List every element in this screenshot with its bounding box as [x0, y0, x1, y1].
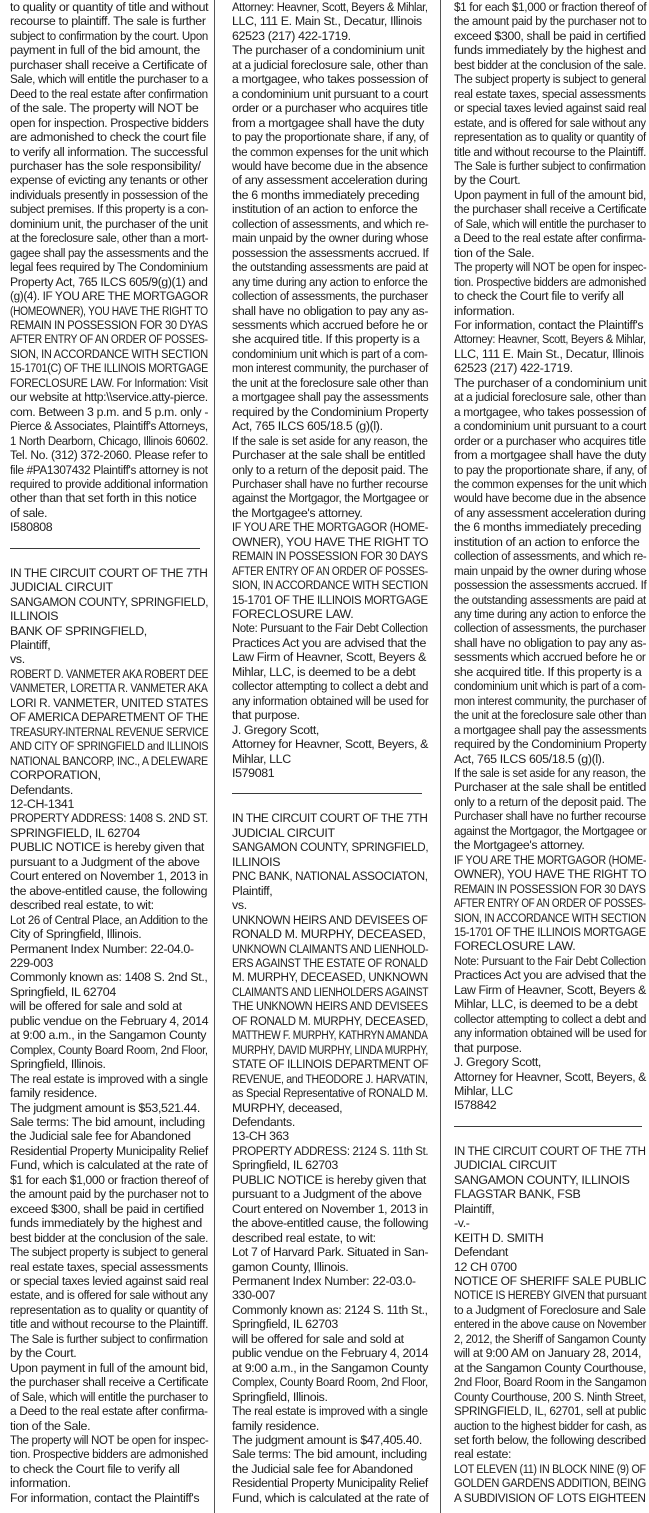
notice-text-line: collection of assessments, and which re-: [454, 549, 631, 563]
notice-text-line: any time during any action to enforce th…: [232, 275, 415, 289]
notice-text-line: collection of assessments, the purchaser: [454, 621, 630, 635]
notice-text-line: JUDICIAL CIRCUIT: [232, 826, 428, 840]
notice-text-line: funds immediately by the highest and: [454, 43, 646, 57]
notice-text-line: LOT ELEVEN (11) IN BLOCK NINE (9) OF: [454, 1462, 620, 1476]
notice-text-line: MURPHY, DAVID MURPHY, LINDA MURPHY,: [232, 1043, 391, 1057]
notice-text-line: by the Court.: [10, 1346, 208, 1360]
notice-text-line: tion of the Sale.: [10, 1419, 208, 1433]
notice-text-line: Complex, County Board Room, 2nd Floor,: [232, 1375, 409, 1389]
notice-text-line: only to a return of the deposit paid. Th…: [454, 795, 637, 809]
notice-text-line: GOLDEN GARDENS ADDITION, BEING: [454, 1476, 626, 1490]
notice-text-line: Mihlar, LLC, is deemed to be a debt: [232, 665, 428, 679]
notice-text-line: gamon County, Illinois.: [232, 1260, 428, 1274]
notice-text-line: The property will NOT be open for inspec…: [454, 260, 625, 274]
notice-text-line: IN THE CIRCUIT COURT OF THE 7TH: [232, 811, 418, 825]
legal-notice: IN THE CIRCUIT COURT OF THE 7THJUDICIAL …: [10, 566, 208, 1505]
notice-text-line: NOTICE IS HEREBY GIVEN that pursuant: [454, 1288, 621, 1302]
notice-text-line: the above-entitled cause, the following: [10, 884, 208, 898]
notice-text-line: Plaintiff,: [10, 638, 208, 652]
notice-text-line: to pay the proportionate share, if any, …: [454, 463, 636, 477]
notice-text-line: County Courthouse, 200 S. Ninth Street,: [454, 1390, 631, 1404]
notice-text-line: at 9:00 a.m., in the Sangamon County: [10, 1028, 208, 1042]
notice-text-line: 229-003: [10, 956, 208, 970]
notice-text-line: Residential Property Municipality Relief: [232, 1476, 423, 1490]
notice-text-line: of Sale, which will entitle the purchase…: [10, 1390, 195, 1404]
notice-text-line: PUBLIC NOTICE is hereby given that: [10, 840, 208, 854]
notice-text-line: possession the assessments accrued. If: [232, 246, 418, 260]
notice-text-line: SION, IN ACCORDANCE WITH SECTION: [454, 911, 619, 925]
notice-text-line: JUDICIAL CIRCUIT: [454, 1158, 646, 1172]
legal-notice-continuation: to quality or quantity of title and with…: [10, 0, 208, 535]
notice-text-line: the outstanding assessments are paid at: [232, 260, 416, 274]
notice-text-line: I578842: [454, 1098, 646, 1112]
notice-text-line: AFTER ENTRY OF AN ORDER OF POSSES-: [232, 564, 391, 578]
notice-text-line: the purchaser shall receive a Certificat…: [454, 202, 636, 216]
notice-text-line: to check the Court file to verify all: [10, 1462, 208, 1476]
notice-text-line: subject premises. If this property is a …: [10, 202, 194, 216]
notice-text-line: family residence.: [232, 1419, 428, 1433]
notice-text-line: Lot 7 of Harvard Park. Situated in San-: [232, 1245, 425, 1259]
notice-text-line: AFTER ENTRY OF AN ORDER OF POSSES-: [10, 332, 172, 346]
notice-text-line: best bidder at the conclusion of the sal…: [10, 1231, 199, 1245]
notice-text-line: from a mortgagee shall have the duty: [232, 116, 428, 130]
notice-text-line: to a Judgment of Foreclosure and Sale: [454, 1303, 637, 1317]
notice-text-line: OF AMERICA DEPARETMENT OF THE: [10, 710, 197, 724]
notice-text-line: set forth below, the following described: [454, 1433, 639, 1447]
notice-text-line: the common expenses for the unit which: [454, 477, 631, 491]
notice-text-line: public vendue on the February 4, 2014: [10, 1014, 207, 1028]
notice-text-line: Plaintiff,: [454, 1202, 646, 1216]
notice-text-line: exceed $300, shall be paid in certified: [10, 1202, 208, 1216]
notice-text-line: recourse to plaintiff. The sale is furth…: [10, 14, 208, 28]
notice-text-line: The Sale is further subject to confirmat…: [10, 1332, 193, 1346]
notice-text-line: Act, 765 ILCS 605/18.5 (g)(l).: [232, 419, 428, 433]
notice-text-line: of any assessment acceleration during: [232, 173, 425, 187]
notice-text-line: -v.-: [454, 1216, 646, 1230]
notice-text-line: file #PA1307432 Plaintiff's attorney is …: [10, 463, 198, 477]
notice-text-line: Practices Act you are advised that the: [232, 636, 428, 650]
notice-text-line: by the Court.: [454, 173, 646, 187]
notice-text-line: estate, and is offered for sale without …: [10, 1288, 196, 1302]
notice-text-line: 62523 (217) 422-1719.: [454, 361, 646, 375]
notice-text-line: STATE OF ILLINOIS DEPARTMENT OF: [232, 1057, 415, 1071]
notice-text-line: Purchaser at the sale shall be entitled: [454, 780, 645, 794]
notice-text-line: that purpose.: [454, 1041, 646, 1055]
notice-text-line: The purchaser of a condominium unit: [454, 376, 646, 390]
notice-text-line: Springfield, IL 62703: [232, 1158, 428, 1172]
notice-text-line: any information obtained will be used fo…: [232, 694, 418, 708]
notice-text-line: The purchaser of a condominium unit: [232, 43, 428, 57]
notice-text-line: Attorney: Heavner, Scott, Beyers & Mihla…: [232, 0, 409, 14]
legal-notice-continuation: Attorney: Heavner, Scott, Beyers & Mihla…: [232, 0, 428, 780]
notice-text-line: required by the Condominium Property: [454, 737, 638, 751]
notice-text-line: J. Gregory Scott,: [454, 1055, 646, 1069]
notice-text-line: condominium unit which is part of a com-: [454, 679, 629, 693]
notice-text-line: of any assessment acceleration during: [454, 506, 639, 520]
notice-text-line: The real estate is improved with a singl…: [232, 1404, 418, 1418]
notice-text-line: Law Firm of Heavner, Scott, Beyers &: [454, 983, 644, 997]
notice-text-line: Attorney: Heavner, Scott, Beyers & Mihla…: [454, 332, 624, 346]
notice-text-line: a mortgagee shall pay the assessments: [232, 390, 419, 404]
notice-text-line: sessments which accrued before he or: [454, 650, 638, 664]
column-divider: [440, 0, 441, 1513]
notice-text-line: For information, contact the Plaintiff's: [10, 1491, 208, 1505]
notice-text-line: REVENUE, and THEODORE J. HARVATIN,: [232, 1072, 399, 1086]
notice-text-line: would have become due in the absence: [454, 491, 633, 505]
notice-text-line: family residence.: [10, 1086, 208, 1100]
notice-text-line: purchaser has the sole responsibility/: [10, 159, 208, 173]
notice-text-line: condominium unit which is part of a com-: [232, 347, 414, 361]
notice-text-line: SANGAMON COUNTY, ILLINOIS: [454, 1173, 646, 1187]
notice-text-line: representation as to quality or quantity…: [10, 1303, 198, 1317]
notice-text-line: Mihlar, LLC: [232, 752, 428, 766]
notice-text-line: of sale.: [10, 506, 208, 520]
notice-text-line: pursuant to a Judgment of the above: [10, 855, 208, 869]
notice-text-line: REMAIN IN POSSESSION FOR 30 DAYS: [454, 882, 621, 896]
notice-text-line: at a judicial foreclosure sale, other th…: [454, 390, 637, 404]
notice-text-line: individuals presently in possession of t…: [10, 188, 197, 202]
notice-text-line: at a judicial foreclosure sale, other th…: [232, 58, 423, 72]
notice-text-line: mon interest community, the purchaser of: [232, 361, 412, 375]
notice-text-line: The property will NOT be open for inspec…: [10, 1433, 192, 1447]
notice-text-line: 13-CH 363: [232, 1129, 428, 1143]
notice-text-line: Court entered on November 1, 2013 in: [232, 1202, 425, 1216]
notice-text-line: described real estate, to wit:: [10, 898, 208, 912]
notice-text-line: the Judicial sale fee for Abandoned: [232, 1462, 428, 1476]
notice-text-line: main unpaid by the owner during whose: [454, 564, 633, 578]
notice-text-line: Defendants.: [10, 783, 208, 797]
notice-text-line: gagee shall pay the assessments and the: [10, 246, 193, 260]
notice-text-line: Springfield, IL 62704: [10, 985, 208, 999]
notice-text-line: M. MURPHY, DECEASED, UNKNOWN: [232, 970, 418, 984]
notice-text-line: the amount paid by the purchaser not to: [10, 1187, 201, 1201]
notice-text-line: the above-entitled cause, the following: [232, 1216, 427, 1230]
notice-text-line: Law Firm of Heavner, Scott, Beyers &: [232, 650, 428, 664]
notice-text-line: The Sale is further subject to confirmat…: [454, 159, 626, 173]
notice-text-line: 15-1701 OF THE ILLINOIS MORTGAGE: [232, 593, 412, 607]
notice-text-line: as Special Representative of RONALD M.: [232, 1086, 409, 1100]
notice-text-line: Upon payment in full of the amount bid,: [454, 188, 636, 202]
notice-text-line: our website at http:\\service.atty-pierc…: [10, 390, 205, 404]
notice-text-line: the Mortgagee's attorney.: [454, 838, 646, 852]
notice-text-line: Springfield, Illinois.: [232, 1390, 428, 1404]
notice-text-line: public vendue on the February 4, 2014: [232, 1346, 425, 1360]
notice-text-line: UNKNOWN HEIRS AND DEVISEES OF: [232, 913, 413, 927]
notice-text-line: If the sale is set aside for any reason,…: [232, 434, 414, 448]
notice-text-line: Permanent Index Number: 22-03.0-: [232, 1274, 428, 1288]
notice-text-line: Pierce & Associates, Plaintiff's Attorne…: [10, 419, 198, 433]
notice-text-line: OWNER), YOU HAVE THE RIGHT TO: [454, 867, 637, 881]
notice-text-line: or special taxes levied against said rea…: [454, 101, 637, 115]
notice-text-line: I580808: [10, 520, 208, 534]
notice-text-line: pursuant to a Judgment of the above: [232, 1187, 428, 1201]
notice-text-line: described real estate, to wit:: [232, 1231, 428, 1245]
notice-text-line: CORPORATION,: [10, 768, 208, 782]
notice-text-line: subject to confirmation by the court. Up…: [10, 29, 193, 43]
notice-text-line: ROBERT D. VANMETER AKA ROBERT DEE: [10, 667, 175, 681]
notice-text-line: entered in the above cause on November: [454, 1317, 626, 1331]
notice-text-line: Purchaser shall have no further recourse: [232, 477, 415, 491]
notice-text-line: a Deed to the real estate after confirma…: [10, 1404, 201, 1418]
notice-text-line: collector attempting to collect a debt a…: [232, 679, 418, 693]
notice-text-line: SANGAMON COUNTY, SPRINGFIELD,: [10, 595, 198, 609]
notice-text-line: dominium unit, the purchaser of the unit: [10, 217, 202, 231]
notice-text-line: SION, IN ACCORDANCE WITH SECTION: [10, 347, 186, 361]
notice-text-line: OF RONALD M. MURPHY, DECEASED,: [232, 1014, 412, 1028]
notice-text-line: purchaser shall receive a Certificate of: [10, 58, 208, 72]
notice-text-line: collection of assessments, the purchaser: [232, 289, 415, 303]
notice-text-line: main unpaid by the owner during whose: [232, 231, 418, 245]
notice-text-line: the amount paid by the purchaser not to: [454, 14, 634, 28]
notice-text-line: VANMETER, LORETTA R. VANMETER AKA: [10, 681, 178, 695]
notice-text-line: the Judicial sale fee for Abandoned: [10, 1129, 208, 1143]
notice-text-line: Purchaser shall have no further recourse: [454, 809, 630, 823]
notice-text-line: Upon payment in full of the amount bid,: [10, 1361, 204, 1375]
notice-text-line: a mortgagee shall pay the assessments: [454, 723, 634, 737]
notice-text-line: vs.: [232, 898, 428, 912]
notice-text-line: the unit at the foreclosure sale other t…: [454, 708, 630, 722]
notice-text-line: com. Between 3 p.m. and 5 p.m. only -: [10, 405, 207, 419]
notice-text-line: other than that set forth in this notice: [10, 491, 208, 505]
notice-text-line: Practices Act you are advised that the: [454, 968, 644, 982]
notice-text-line: auction to the highest bidder for cash, …: [454, 1419, 631, 1433]
notice-text-line: RONALD M. MURPHY, DECEASED,: [232, 927, 428, 941]
notice-text-line: at the Sangamon County Courthouse,: [454, 1361, 642, 1375]
notice-text-line: would have become due in the absence: [232, 159, 418, 173]
notice-text-line: Purchaser at the sale shall be entitled: [232, 448, 428, 462]
notice-text-line: 12 CH 0700: [454, 1260, 646, 1274]
notice-text-line: the purchaser shall receive a Certificat…: [10, 1375, 203, 1389]
notice-text-line: exceed $300, shall be paid in certified: [454, 29, 644, 43]
notice-text-line: order or a purchaser who acquires title: [232, 101, 426, 115]
notice-text-line: title and without recourse to the Plaint…: [454, 145, 635, 159]
notice-text-line: shall have no obligation to pay any as-: [232, 304, 427, 318]
notice-text-line: MURPHY, deceased,: [232, 1101, 428, 1115]
notice-text-line: (HOMEOWNER), YOU HAVE THE RIGHT TO: [10, 304, 173, 318]
notice-text-line: open for inspection. Prospective bidders: [10, 116, 200, 130]
notice-text-line: Permanent Index Number: 22-04.0-: [10, 942, 208, 956]
notice-text-line: PROPERTY ADDRESS: 1408 S. 2ND ST.: [10, 811, 190, 825]
notice-text-line: tion. Prospective bidders are admonished: [454, 275, 626, 289]
notice-text-line: the Mortgagee's attorney.: [232, 506, 428, 520]
notice-text-line: For information, contact the Plaintiff's: [454, 318, 646, 332]
legal-notices-page: to quality or quantity of title and with…: [0, 0, 649, 1513]
notice-text-line: shall have no obligation to pay any as-: [454, 636, 641, 650]
notice-text-line: estate, and is offered for sale without …: [454, 116, 629, 130]
notice-text-line: NOTICE OF SHERIFF SALE PUBLIC: [454, 1274, 641, 1288]
notice-text-line: LLC, 111 E. Main St., Decatur, Illinois: [232, 14, 428, 28]
notice-text-line: REMAIN IN POSSESSION FOR 30 DYAS: [10, 318, 187, 332]
notice-text-line: Property Act, 765 ILCS 605/9(g)(1) and: [10, 275, 204, 289]
notice-text-line: Deed to the real estate after confirmati…: [10, 87, 197, 101]
notice-text-line: Act, 765 ILCS 605/18.5 (g)(l).: [454, 752, 646, 766]
notice-separator-rule: [10, 548, 200, 549]
notice-text-line: of Sale, which will entitle the purchase…: [454, 217, 628, 231]
notice-text-line: TREASURY-INTERNAL REVENUE SERVICE: [10, 725, 173, 739]
notice-text-line: information.: [10, 1476, 208, 1490]
notice-text-line: BANK OF SPRINGFIELD,: [10, 624, 208, 638]
notice-text-line: information.: [454, 304, 646, 318]
notice-text-line: best bidder at the conclusion of the sal…: [454, 58, 632, 72]
column-3: $1 for each $1,000 or fraction thereof o…: [454, 0, 646, 1513]
notice-separator-rule: [232, 793, 422, 794]
notice-text-line: SPRINGFIELD, IL 62704: [10, 826, 208, 840]
notice-text-line: I579081: [232, 766, 428, 780]
notice-text-line: If the sale is set aside for any reason,…: [454, 766, 629, 780]
notice-text-line: THE UNKNOWN HEIRS AND DEVISEES: [232, 999, 407, 1013]
notice-text-line: SANGAMON COUNTY, SPRINGFIELD,: [232, 840, 416, 854]
notice-separator-rule: [454, 1126, 642, 1127]
notice-text-line: UNKNOWN CLAIMANTS AND LIENHOLD-: [232, 942, 401, 956]
notice-text-line: a condominium unit pursuant to a court: [232, 87, 423, 101]
notice-text-line: the 6 months immediately preceding: [454, 520, 646, 534]
notice-text-line: IF YOU ARE THE MORTGAGOR (HOME-: [232, 520, 406, 534]
notice-text-line: of the sale. The property will NOT be: [10, 101, 208, 115]
legal-notice-continuation: $1 for each $1,000 or fraction thereof o…: [454, 0, 646, 1113]
notice-text-line: sessments which accrued before he or: [232, 318, 424, 332]
notice-text-line: CLAIMANTS AND LIENHOLDERS AGAINST: [232, 985, 395, 999]
notice-text-line: at 9:00 a.m., in the Sangamon County: [232, 1361, 428, 1375]
legal-notice: IN THE CIRCUIT COURT OF THE 7THJUDICIAL …: [454, 1144, 646, 1505]
notice-text-line: to pay the proportionate share, if any, …: [232, 130, 421, 144]
notice-text-line: 12-CH-1341: [10, 797, 208, 811]
notice-text-line: that purpose.: [232, 708, 428, 722]
notice-text-line: required to provide additional informati…: [10, 477, 197, 491]
notice-text-line: collector attempting to collect a debt a…: [454, 1012, 632, 1026]
notice-text-line: ERS AGAINST THE ESTATE OF RONALD: [232, 956, 403, 970]
notice-text-line: Commonly known as: 2124 S. 11th St.,: [232, 1303, 423, 1317]
notice-text-line: or special taxes levied against said rea…: [10, 1274, 205, 1288]
column-1: to quality or quantity of title and with…: [10, 0, 208, 1513]
notice-text-line: Plaintiff,: [232, 884, 428, 898]
notice-text-line: MATTHEW F. MURPHY, KATHRYN AMANDA: [232, 1028, 392, 1042]
notice-text-line: OWNER), YOU HAVE THE RIGHT TO: [232, 535, 423, 549]
notice-text-line: Defendant: [454, 1245, 646, 1259]
notice-text-line: real estate:: [454, 1447, 646, 1461]
notice-text-line: NATIONAL BANCORP, INC., A DELEWARE: [10, 754, 180, 768]
notice-text-line: 15-1701(C) OF THE ILLINOIS MORTGAGE: [10, 361, 181, 375]
notice-text-line: JUDICIAL CIRCUIT: [10, 580, 208, 594]
notice-text-line: Note: Pursuant to the Fair Debt Collecti…: [454, 954, 625, 968]
notice-text-line: Lot 26 of Central Place, an Addition to …: [10, 913, 193, 927]
notice-text-line: LORI R. VANMETER, UNITED STATES: [10, 696, 198, 710]
notice-text-line: The subject property is subject to gener…: [10, 1245, 195, 1259]
notice-text-line: a mortgagee, who takes possession of: [454, 405, 639, 419]
notice-text-line: (g)(4). IF YOU ARE THE MORTGAGOR: [10, 289, 198, 303]
notice-text-line: expense of evicting any tenants or other: [10, 173, 200, 187]
notice-text-line: against the Mortgagor, the Mortgagee or: [454, 824, 632, 838]
notice-text-line: 2, 2012, the Sheriff of Sangamon County: [454, 1332, 629, 1346]
notice-text-line: to check the Court file to verify all: [454, 289, 646, 303]
notice-text-line: FORECLOSURE LAW.: [232, 607, 428, 621]
notice-text-line: institution of an action to enforce the: [232, 202, 428, 216]
notice-text-line: will be offered for sale and sold at: [10, 999, 208, 1013]
notice-text-line: City of Springfield, Illinois.: [10, 927, 208, 941]
notice-text-line: PUBLIC NOTICE is hereby given that: [232, 1173, 428, 1187]
notice-text-line: the 6 months immediately preceding: [232, 188, 428, 202]
notice-text-line: REMAIN IN POSSESSION FOR 30 DAYS: [232, 549, 406, 563]
notice-text-line: 2nd Floor, Board Room in the Sangamon: [454, 1375, 628, 1389]
notice-text-line: Sale, which will entitle the purchaser t…: [10, 72, 198, 86]
notice-text-line: 330-007: [232, 1288, 428, 1302]
notice-text-line: Fund, which is calculated at the rate of: [10, 1158, 208, 1172]
notice-text-line: 15-1701 OF THE ILLINOIS MORTGAGE: [454, 925, 627, 939]
notice-text-line: Defendants.: [232, 1115, 428, 1129]
notice-text-line: Sale terms: The bid amount, including: [232, 1447, 428, 1461]
notice-text-line: to verify all information. The successfu…: [10, 145, 207, 159]
notice-text-line: she acquired title. If this property is …: [454, 665, 646, 679]
notice-text-line: at the foreclosure sale, other than a mo…: [10, 231, 195, 245]
notice-text-line: against the Mortgagor, the Mortgagee or: [232, 491, 418, 505]
notice-text-line: FORECLOSURE LAW. For Information: Visit: [10, 376, 180, 390]
notice-text-line: vs.: [10, 652, 208, 666]
notice-text-line: she acquired title. If this property is …: [232, 332, 428, 346]
notice-text-line: real estate taxes, special assessments: [10, 1260, 207, 1274]
notice-text-line: SPRINGFIELD, IL, 62701, sell at public: [454, 1404, 636, 1418]
notice-text-line: IN THE CIRCUIT COURT OF THE 7TH: [454, 1144, 633, 1158]
notice-text-line: will at 9:00 AM on January 28, 2014,: [454, 1346, 646, 1360]
notice-text-line: KEITH D. SMITH: [454, 1231, 646, 1245]
notice-text-line: payment in full of the bid amount, the: [10, 43, 208, 57]
notice-text-line: Attorney for Heavner, Scott, Beyers, &: [232, 737, 428, 751]
notice-text-line: Complex, County Board Room, 2nd Floor,: [10, 1043, 191, 1057]
notice-text-line: 62523 (217) 422-1719.: [232, 29, 428, 43]
notice-text-line: possession the assessments accrued. If: [454, 578, 633, 592]
notice-text-line: $1 for each $1,000 or fraction thereof o…: [10, 1173, 203, 1187]
notice-text-line: Mihlar, LLC: [454, 1084, 646, 1098]
notice-text-line: the outstanding assessments are paid at: [454, 593, 630, 607]
notice-text-line: Springfield, Illinois.: [10, 1057, 208, 1071]
notice-text-line: 1 North Dearborn, Chicago, Illinois 6060…: [10, 434, 192, 448]
notice-text-line: The real estate is improved with a singl…: [10, 1072, 199, 1086]
legal-notice: IN THE CIRCUIT COURT OF THE 7THJUDICIAL …: [232, 811, 428, 1505]
notice-text-line: The judgment amount is $47,405.40.: [232, 1433, 428, 1447]
notice-text-line: any information obtained will be used fo…: [454, 1026, 632, 1040]
notice-text-line: only to a return of the deposit paid. Th…: [232, 463, 423, 477]
notice-text-line: Note: Pursuant to the Fair Debt Collecti…: [232, 621, 411, 635]
notice-text-line: are admonished to check the court file: [10, 130, 208, 144]
notice-text-line: FLAGSTAR BANK, FSB: [454, 1187, 646, 1201]
notice-text-line: ILLINOIS: [232, 855, 428, 869]
notice-text-line: representation as to quality or quantity…: [454, 130, 630, 144]
notice-text-line: tion. Prospective bidders are admonished: [10, 1447, 193, 1461]
notice-text-line: SION, IN ACCORDANCE WITH SECTION: [232, 578, 404, 592]
notice-text-line: mon interest community, the purchaser of: [454, 694, 627, 708]
notice-text-line: AFTER ENTRY OF AN ORDER OF POSSES-: [454, 896, 606, 910]
notice-text-line: PNC BANK, NATIONAL ASSOCIATON,: [232, 869, 418, 883]
notice-text-line: Residential Property Municipality Relief: [10, 1144, 205, 1158]
notice-text-line: LLC, 111 E. Main St., Decatur, Illinois: [454, 347, 646, 361]
notice-text-line: Attorney for Heavner, Scott, Beyers, &: [454, 1070, 642, 1084]
notice-text-line: the unit at the foreclosure sale other t…: [232, 376, 415, 390]
notice-text-line: PROPERTY ADDRESS: 2124 S. 11th St.: [232, 1144, 412, 1158]
notice-text-line: Tel. No. (312) 372-2060. Please refer to: [10, 448, 202, 462]
notice-text-line: from a mortgagee shall have the duty: [454, 448, 646, 462]
notice-text-line: Fund, which is calculated at the rate of: [232, 1491, 427, 1505]
notice-text-line: to quality or quantity of title and with…: [10, 0, 207, 14]
notice-text-line: Mihlar, LLC, is deemed to be a debt: [454, 997, 646, 1011]
notice-text-line: J. Gregory Scott,: [232, 723, 428, 737]
notice-text-line: Court entered on November 1, 2013 in: [10, 869, 207, 883]
notice-text-line: ILLINOIS: [10, 609, 208, 623]
column-divider: [214, 0, 215, 1513]
notice-text-line: order or a purchaser who acquires title: [454, 434, 640, 448]
notice-text-line: a Deed to the real estate after confirma…: [454, 231, 634, 245]
notice-text-line: FORECLOSURE LAW.: [454, 939, 646, 953]
notice-text-line: A SUBDIVISION OF LOTS EIGHTEEN: [454, 1491, 635, 1505]
notice-text-line: tion of the Sale.: [454, 246, 646, 260]
notice-text-line: IN THE CIRCUIT COURT OF THE 7TH: [10, 566, 200, 580]
